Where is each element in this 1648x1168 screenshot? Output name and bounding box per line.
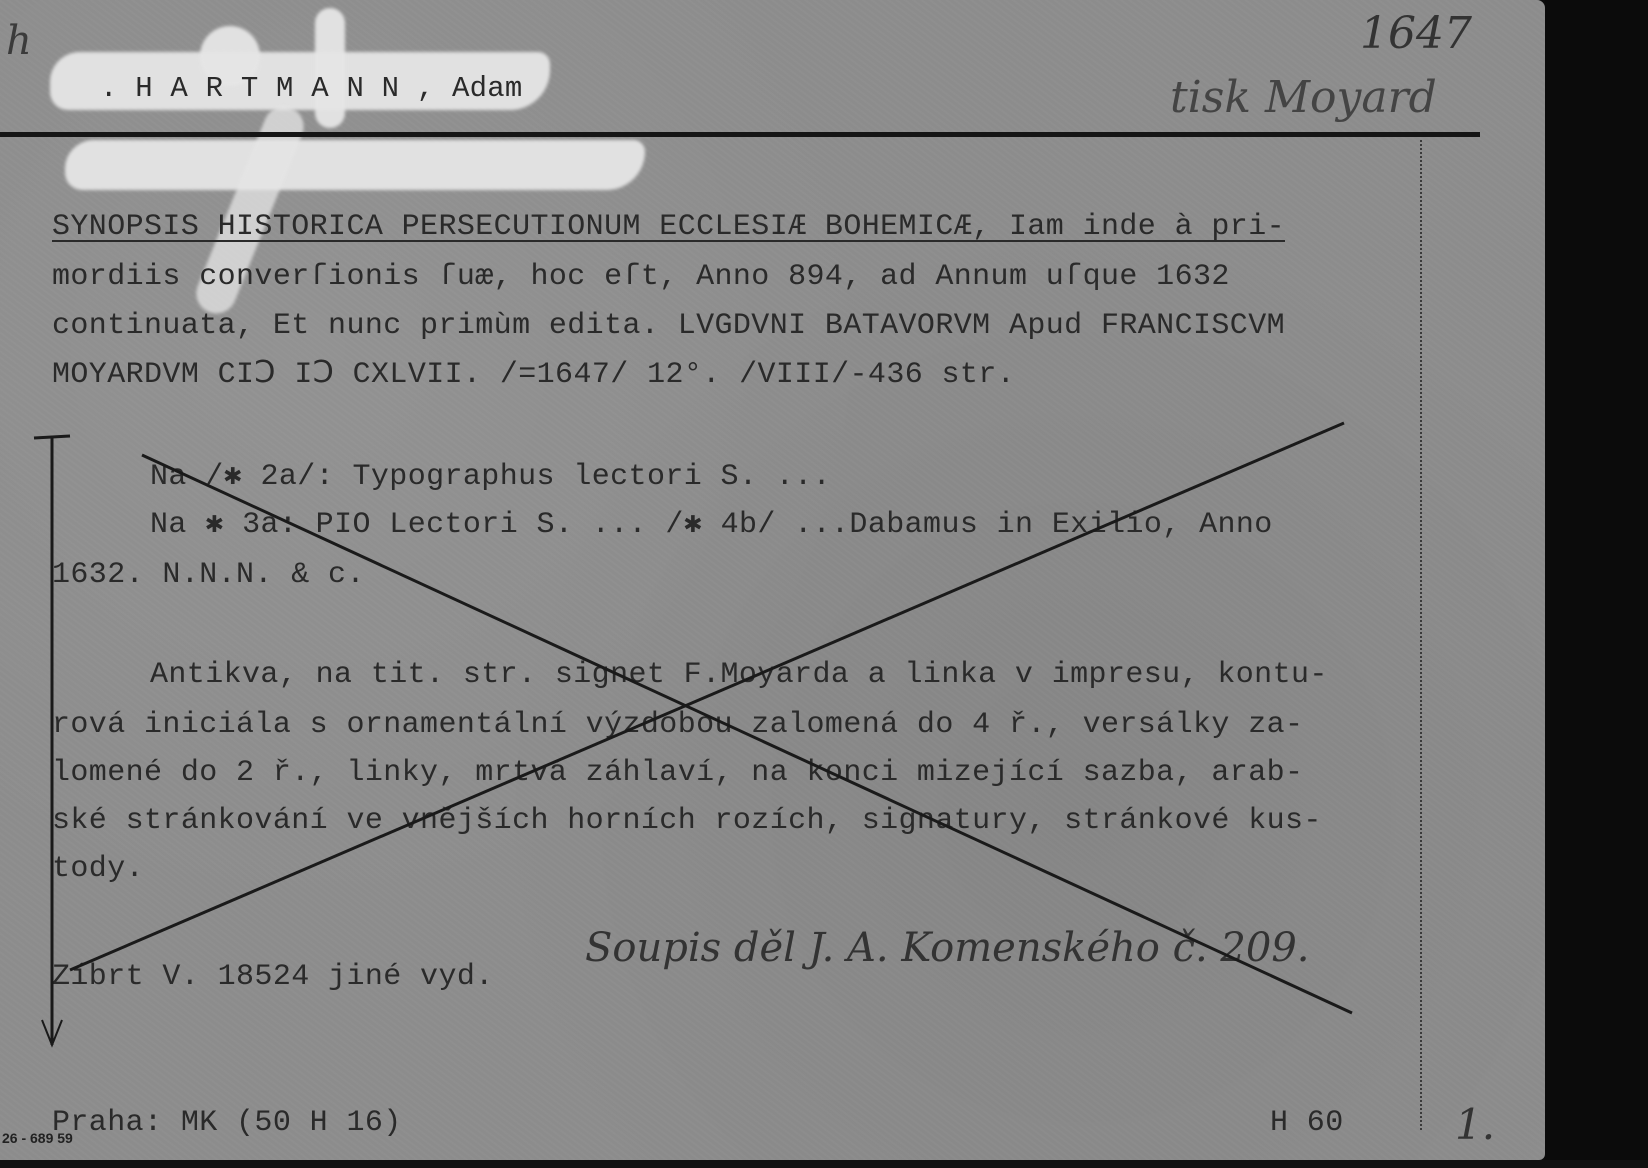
cross-line	[142, 455, 1352, 1013]
catalog-card: h . H A R T M A N N , Adam 1647 tisk Moy…	[0, 0, 1545, 1160]
arrow-top-bar	[34, 436, 70, 438]
scan-background	[1545, 0, 1648, 1168]
scan-background	[0, 1160, 1648, 1168]
cross-line	[70, 423, 1344, 970]
cancellation-marks	[0, 0, 1545, 1160]
